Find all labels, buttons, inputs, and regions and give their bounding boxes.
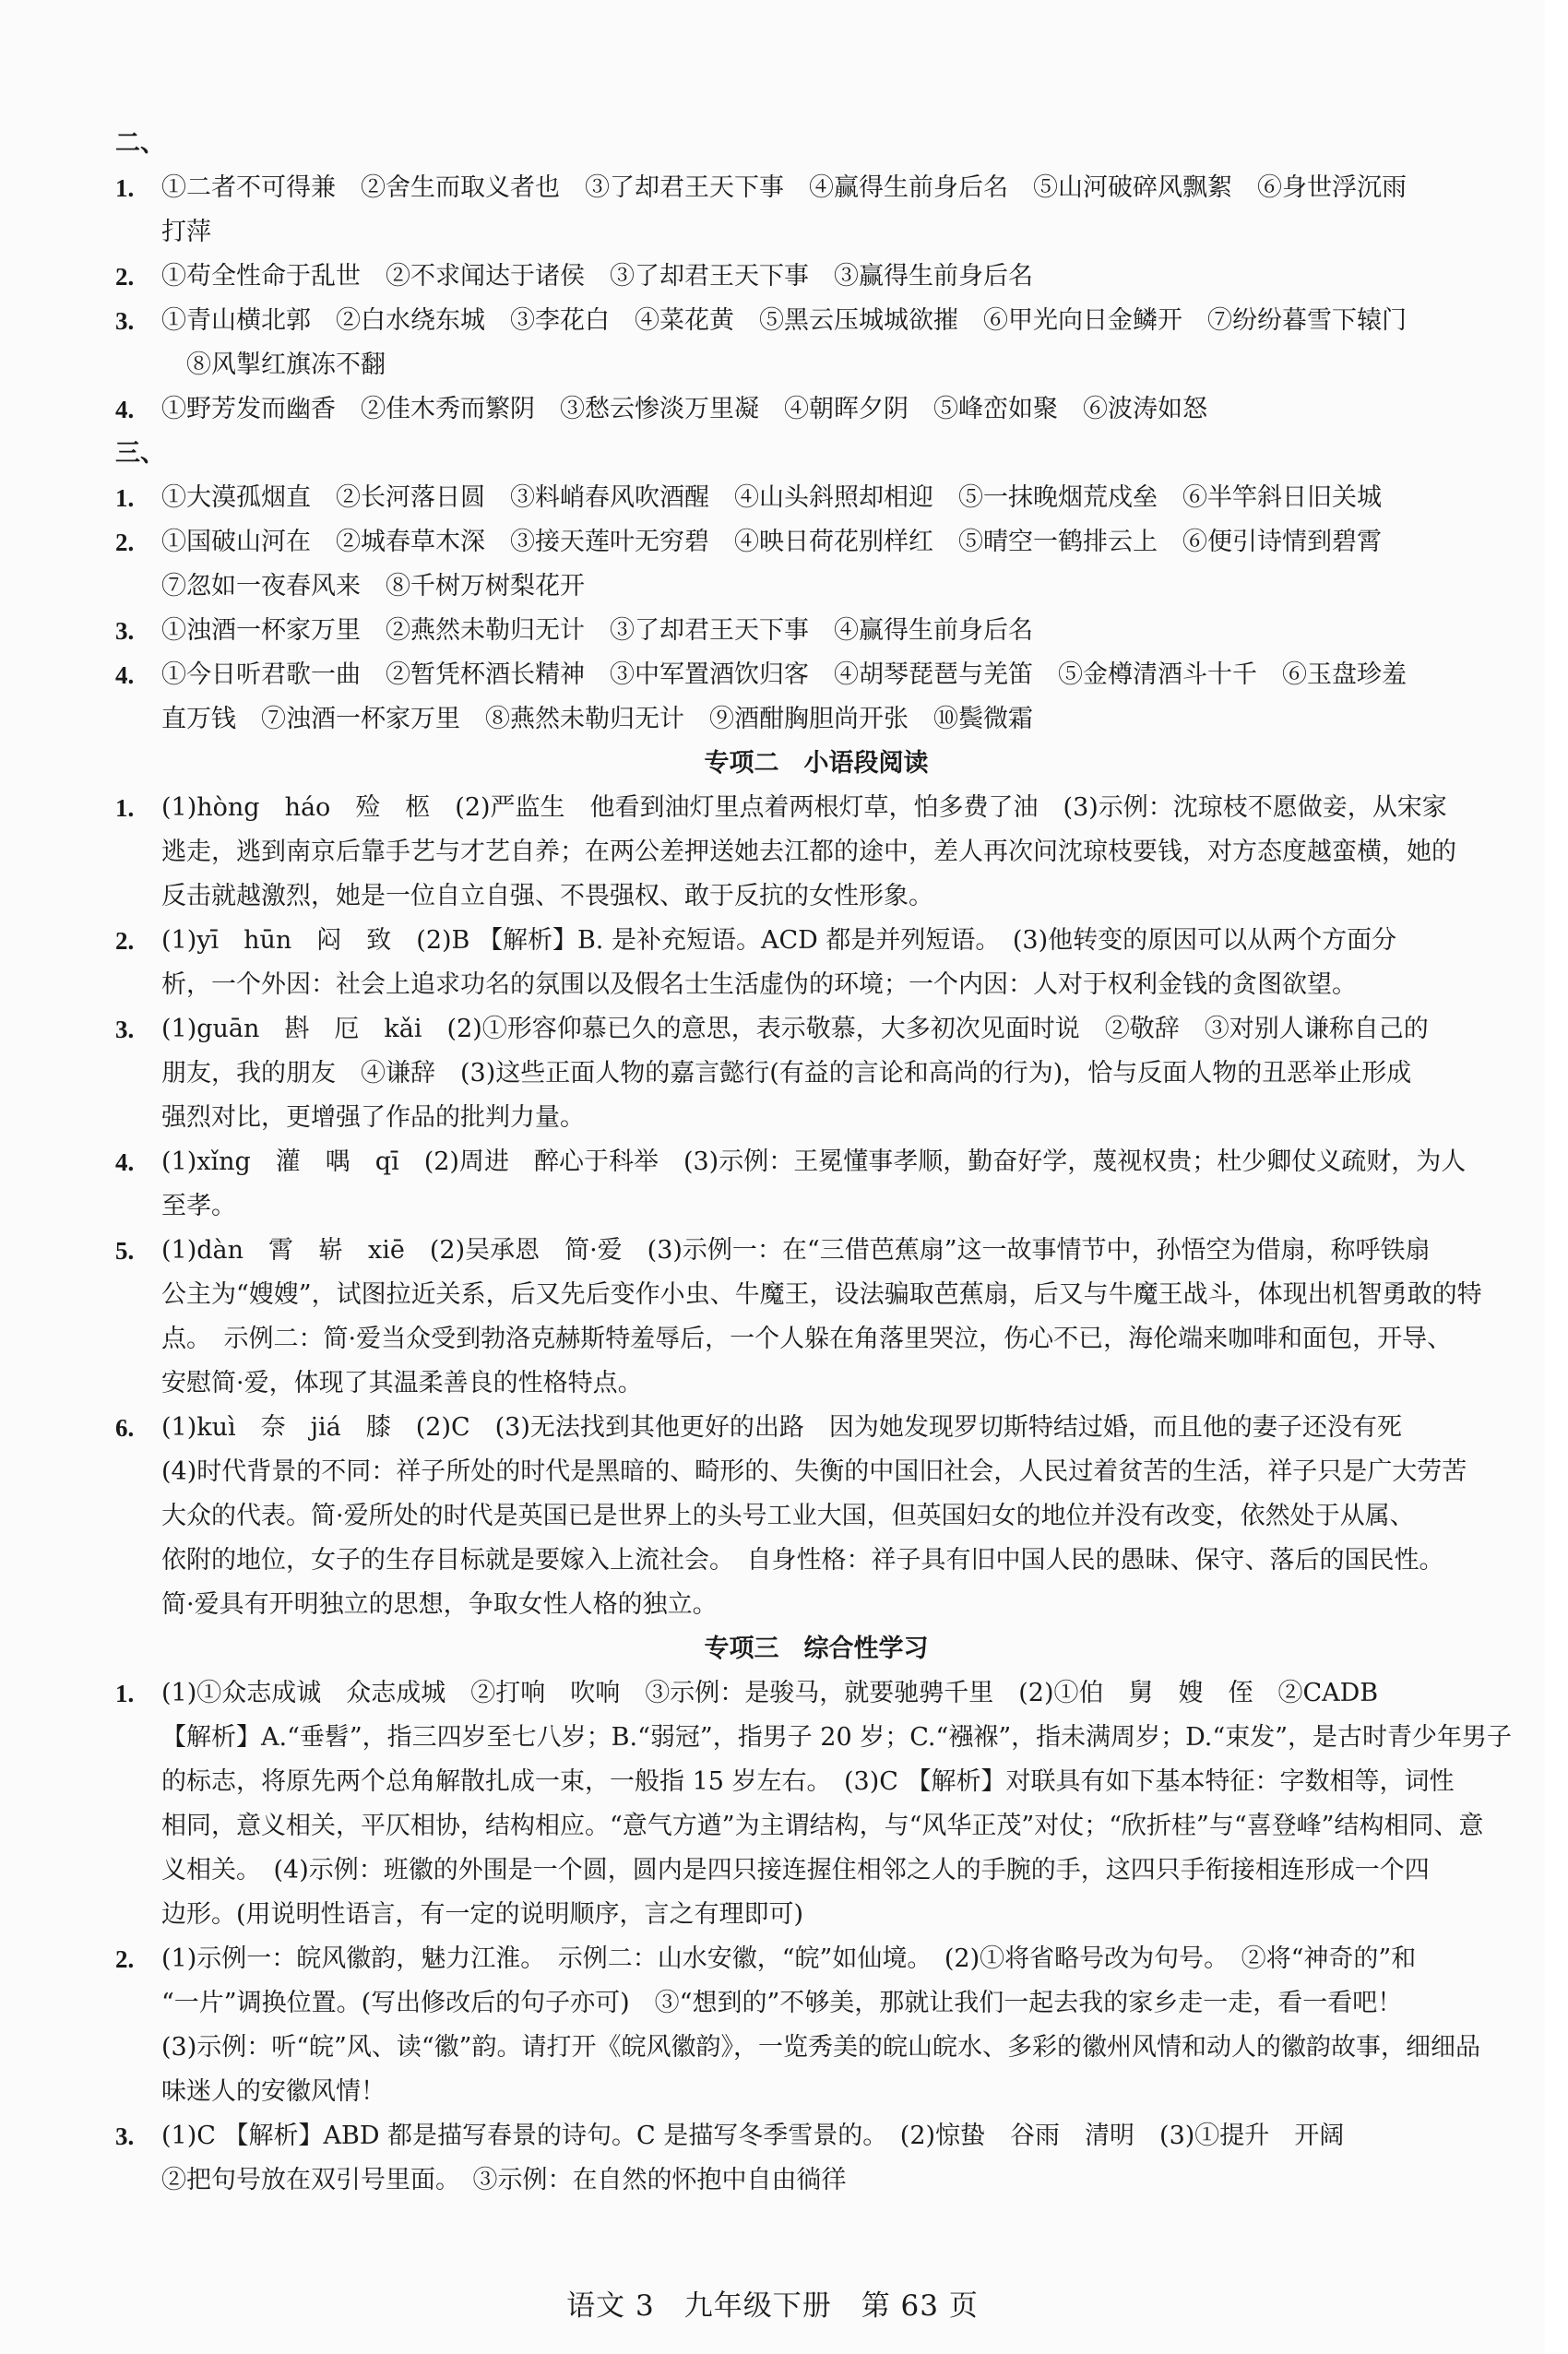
- item-number: 5.: [115, 1229, 134, 1273]
- answer-item: 4.(1)xǐng 灌 喁 qī (2)周进 醉心于科举 (3)示例：王冕懂事孝…: [115, 1140, 1517, 1229]
- answer-line: 至孝。: [161, 1184, 1517, 1229]
- item-number: 1.: [115, 786, 134, 830]
- answer-item: 3.(1)C 【解析】ABD 都是描写春景的诗句。C 是描写冬季雪景的。 (2)…: [115, 2114, 1517, 2203]
- answer-line: 析，一个外因：社会上追求功名的氛围以及假名士生活虚伪的环境；一个内因：人对于权利…: [161, 963, 1517, 1007]
- answer-line: 简·爱具有开明独立的思想，争取女性人格的独立。: [161, 1583, 1517, 1627]
- answer-item: 3.①青山横北郭 ②白水绕东城 ③李花白 ④菜花黄 ⑤黑云压城城欲摧 ⑥甲光向日…: [115, 299, 1517, 387]
- answer-line: (1)①众志成诚 众志成城 ②打响 吹响 ③示例：是骏马，就要驰骋千里 (2)①…: [161, 1671, 1517, 1716]
- answer-line: (1)yī hūn 闷 致 (2)B 【解析】B. 是补充短语。ACD 都是并列…: [161, 919, 1517, 963]
- answer-line: 打萍: [161, 210, 1517, 255]
- answer-line: (1)dàn 霄 崭 xiē (2)吴承恩 简·爱 (3)示例一：在“三借芭蕉扇…: [161, 1229, 1517, 1273]
- answer-item: 4.①今日听君歌一曲 ②暂凭杯酒长精神 ③中军置酒饮归客 ④胡琴琵琶与羌笛 ⑤金…: [115, 653, 1517, 742]
- answer-line: ①大漠孤烟直 ②长河落日圆 ③料峭春风吹酒醒 ④山头斜照却相迎 ⑤一抹晚烟荒戍垒…: [161, 476, 1517, 520]
- answer-item: 6.(1)kuì 奈 jiá 膝 (2)C (3)无法找到其他更好的出路 因为她…: [115, 1406, 1517, 1627]
- item-number: 4.: [115, 387, 134, 432]
- item-number: 2.: [115, 1937, 134, 1981]
- answer-line: ②把句号放在双引号里面。 ③示例：在自然的怀抱中自由徜徉: [161, 2158, 1517, 2203]
- answer-line: (4)时代背景的不同：祥子所处的时代是黑暗的、畸形的、失衡的中国旧社会，人民过着…: [161, 1450, 1517, 1494]
- answer-item: 2.①国破山河在 ②城春草木深 ③接天莲叶无穷碧 ④映日荷花别样红 ⑤晴空一鹤排…: [115, 520, 1517, 609]
- answer-line: 强烈对比，更增强了作品的批判力量。: [161, 1096, 1517, 1140]
- item-number: 6.: [115, 1406, 134, 1450]
- answer-item: 3.(1)guān 斟 厄 kǎi (2)①形容仰慕已久的意思，表示敬慕，大多初…: [115, 1007, 1517, 1140]
- answer-line: 公主为“嫂嫂”，试图拉近关系，后又先后变作小虫、牛魔王，设法骗取芭蕉扇，后又与牛…: [161, 1273, 1517, 1317]
- answer-line: (1)示例一：皖风徽韵，魅力江淮。 示例二：山水安徽，“皖”如仙境。 (2)①将…: [161, 1937, 1517, 1981]
- answer-key-page: 二、1.①二者不可得兼 ②舍生而取义者也 ③了却君王天下事 ④赢得生前身后名 ⑤…: [0, 0, 1545, 2354]
- section-heading: 三、: [115, 432, 1517, 476]
- answer-line: ①今日听君歌一曲 ②暂凭杯酒长精神 ③中军置酒饮归客 ④胡琴琵琶与羌笛 ⑤金樽清…: [161, 653, 1517, 697]
- answer-line: ①二者不可得兼 ②舍生而取义者也 ③了却君王天下事 ④赢得生前身后名 ⑤山河破碎…: [161, 166, 1517, 210]
- answer-line: (1)xǐng 灌 喁 qī (2)周进 醉心于科举 (3)示例：王冕懂事孝顺，…: [161, 1140, 1517, 1184]
- answer-line: 边形。(用说明性语言，有一定的说明顺序，言之有理即可): [161, 1893, 1517, 1937]
- page-margin: [1545, 0, 1568, 2354]
- answer-line: ①野芳发而幽香 ②佳木秀而繁阴 ③愁云惨淡万里凝 ④朝晖夕阴 ⑤峰峦如聚 ⑥波涛…: [161, 387, 1517, 432]
- answer-line: 大众的代表。简·爱所处的时代是英国已是世界上的头号工业大国，但英国妇女的地位并没…: [161, 1494, 1517, 1539]
- topic-title: 专项二 小语段阅读: [115, 742, 1517, 786]
- answer-line: (1)kuì 奈 jiá 膝 (2)C (3)无法找到其他更好的出路 因为她发现…: [161, 1406, 1517, 1450]
- answer-line: ①国破山河在 ②城春草木深 ③接天莲叶无穷碧 ④映日荷花别样红 ⑤晴空一鹤排云上…: [161, 520, 1517, 565]
- item-number: 1.: [115, 166, 134, 210]
- answer-line: ①苟全性命于乱世 ②不求闻达于诸侯 ③了却君王天下事 ③赢得生前身后名: [161, 255, 1517, 299]
- answer-line: (1)guān 斟 厄 kǎi (2)①形容仰慕已久的意思，表示敬慕，大多初次见…: [161, 1007, 1517, 1052]
- answer-line: 安慰简·爱，体现了其温柔善良的性格特点。: [161, 1361, 1517, 1406]
- answer-line: (3)示例：听“皖”风、读“徽”韵。请打开《皖风徽韵》，一览秀美的皖山皖水、多彩…: [161, 2026, 1517, 2070]
- answer-item: 1.①二者不可得兼 ②舍生而取义者也 ③了却君王天下事 ④赢得生前身后名 ⑤山河…: [115, 166, 1517, 255]
- item-number: 2.: [115, 520, 134, 565]
- item-number: 3.: [115, 609, 134, 653]
- item-number: 3.: [115, 1007, 134, 1052]
- answer-line: ①浊酒一杯家万里 ②燕然未勒归无计 ③了却君王天下事 ④赢得生前身后名: [161, 609, 1517, 653]
- item-number: 3.: [115, 2114, 134, 2158]
- section-heading: 二、: [115, 122, 1517, 166]
- answer-line: ⑧风掣红旗冻不翻: [161, 343, 1517, 387]
- answer-line: 【解析】A.“垂髫”，指三四岁至七八岁；B.“弱冠”，指男子 20 岁；C.“襁…: [161, 1716, 1517, 1760]
- item-number: 4.: [115, 1140, 134, 1184]
- item-number: 2.: [115, 255, 134, 299]
- answer-line: 相同，意义相关，平仄相协，结构相应。“意气方遒”为主谓结构，与“风华正茂”对仗；…: [161, 1804, 1517, 1849]
- answer-line: 味迷人的安徽风情！: [161, 2070, 1517, 2114]
- answer-item: 2.(1)示例一：皖风徽韵，魅力江淮。 示例二：山水安徽，“皖”如仙境。 (2)…: [115, 1937, 1517, 2114]
- answer-line: 的标志，将原先两个总角解散扎成一束，一般指 15 岁左右。 (3)C 【解析】对…: [161, 1760, 1517, 1804]
- item-number: 2.: [115, 919, 134, 963]
- item-number: 3.: [115, 299, 134, 343]
- answer-line: 朋友，我的朋友 ④谦辞 (3)这些正面人物的嘉言懿行(有益的言论和高尚的行为)，…: [161, 1052, 1517, 1096]
- answer-line: 逃走，逃到南京后靠手艺与才艺自养；在两公差押送她去江都的途中，差人再次问沈琼枝要…: [161, 830, 1517, 874]
- answer-item: 1.(1)①众志成诚 众志成城 ②打响 吹响 ③示例：是骏马，就要驰骋千里 (2…: [115, 1671, 1517, 1937]
- page-content: 二、1.①二者不可得兼 ②舍生而取义者也 ③了却君王天下事 ④赢得生前身后名 ⑤…: [115, 122, 1517, 2203]
- answer-line: 义相关。 (4)示例：班徽的外围是一个圆，圆内是四只接连握住相邻之人的手腕的手，…: [161, 1849, 1517, 1893]
- answer-line: 反击就越激烈，她是一位自立自强、不畏强权、敢于反抗的女性形象。: [161, 874, 1517, 919]
- topic-title: 专项三 综合性学习: [115, 1627, 1517, 1671]
- item-number: 1.: [115, 1671, 134, 1716]
- answer-line: (1)C 【解析】ABD 都是描写春景的诗句。C 是描写冬季雪景的。 (2)惊蛰…: [161, 2114, 1517, 2158]
- answer-line: 直万钱 ⑦浊酒一杯家万里 ⑧燕然未勒归无计 ⑨酒酣胸胆尚开张 ⑩鬓微霜: [161, 697, 1517, 742]
- answer-item: 5.(1)dàn 霄 崭 xiē (2)吴承恩 简·爱 (3)示例一：在“三借芭…: [115, 1229, 1517, 1406]
- answer-line: 依附的地位，女子的生存目标就是要嫁入上流社会。 自身性格：祥子具有旧中国人民的愚…: [161, 1539, 1517, 1583]
- answer-line: ⑦忽如一夜春风来 ⑧千树万树梨花开: [161, 565, 1517, 609]
- answer-item: 1.①大漠孤烟直 ②长河落日圆 ③料峭春风吹酒醒 ④山头斜照却相迎 ⑤一抹晚烟荒…: [115, 476, 1517, 520]
- answer-line: “一片”调换位置。(写出修改后的句子亦可) ③“想到的”不够美，那就让我们一起去…: [161, 1981, 1517, 2026]
- page-footer: 语文 3 九年级下册 第 63 页: [0, 2282, 1545, 2324]
- answer-item: 2.(1)yī hūn 闷 致 (2)B 【解析】B. 是补充短语。ACD 都是…: [115, 919, 1517, 1007]
- answer-line: 点。 示例二：简·爱当众受到勃洛克赫斯特羞辱后，一个人躲在角落里哭泣，伤心不已，…: [161, 1317, 1517, 1361]
- answer-item: 4.①野芳发而幽香 ②佳木秀而繁阴 ③愁云惨淡万里凝 ④朝晖夕阴 ⑤峰峦如聚 ⑥…: [115, 387, 1517, 432]
- answer-item: 3.①浊酒一杯家万里 ②燕然未勒归无计 ③了却君王天下事 ④赢得生前身后名: [115, 609, 1517, 653]
- answer-line: ①青山横北郭 ②白水绕东城 ③李花白 ④菜花黄 ⑤黑云压城城欲摧 ⑥甲光向日金鳞…: [161, 299, 1517, 343]
- answer-item: 2.①苟全性命于乱世 ②不求闻达于诸侯 ③了却君王天下事 ③赢得生前身后名: [115, 255, 1517, 299]
- answer-item: 1.(1)hòng háo 殓 柩 (2)严监生 他看到油灯里点着两根灯草，怕多…: [115, 786, 1517, 919]
- answer-line: (1)hòng háo 殓 柩 (2)严监生 他看到油灯里点着两根灯草，怕多费了…: [161, 786, 1517, 830]
- item-number: 4.: [115, 653, 134, 697]
- item-number: 1.: [115, 476, 134, 520]
